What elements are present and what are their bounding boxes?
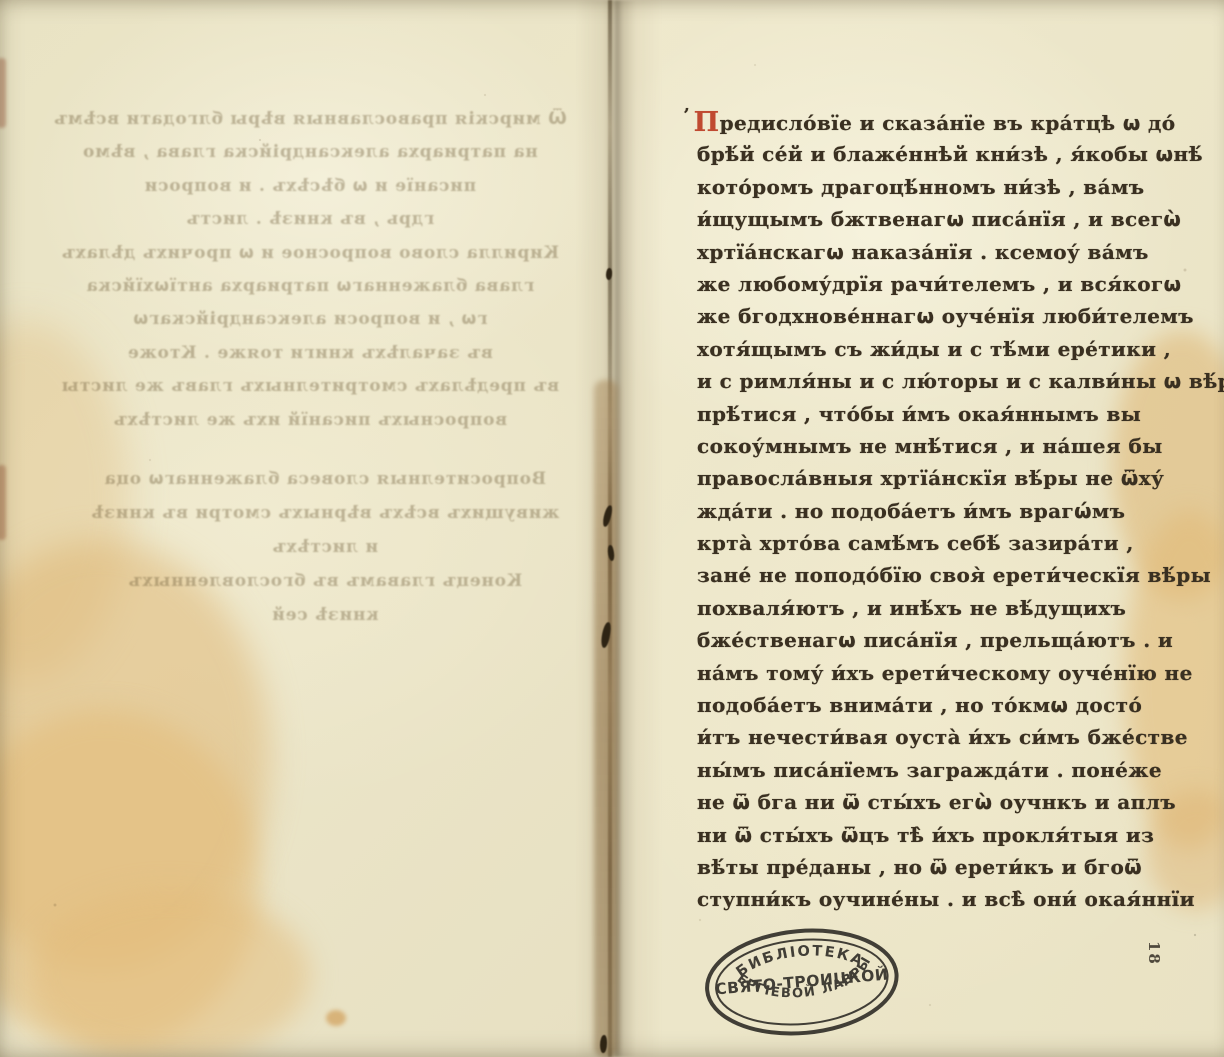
edge-smudge xyxy=(0,58,6,128)
stain xyxy=(326,1010,346,1026)
folio-number: 18 xyxy=(1145,941,1163,981)
ghost-line: Конецъ главамъ въ бгословленныхъ xyxy=(85,564,565,598)
text-line: и́щущымъ бжтвенагѡ писа́нїя , и всегѡ̀ xyxy=(697,203,1149,235)
ghost-line: гѡ , и вопроси александрійскагѡ xyxy=(50,303,570,336)
library-stamp-svg: БИБЛІОТЕКА СВЯТО-ТРОИЦКОЙ СЕРГІЕВОЙ ЛАВР… xyxy=(697,918,906,1047)
initial-flourish: ʼ xyxy=(683,105,690,126)
text-line: сокоу́мнымъ не мнѣ́тися , и на́шея бы xyxy=(697,430,1149,462)
ghost-line: Кирилла слово вопросное и ѡ прочихъ дѣла… xyxy=(50,237,570,270)
text-line: не ѿ бга ни ѿ сты́хъ егѡ̀ оучнкъ и аплъ xyxy=(697,786,1149,818)
torn-leaf-stub xyxy=(594,380,618,1057)
bleed-through-text-block: Вопросителныя словеса блаженнагѡ оца жив… xyxy=(85,462,565,632)
ghost-line: глава блаженнагѡ патриарха антїѡхїйска xyxy=(50,270,570,303)
gutter-shadow xyxy=(576,0,662,1057)
ghost-line: Ѿ мирскія православныя вѣры блгодати всѣ… xyxy=(50,103,570,136)
ghost-line: въ зачалѣхъ книги тояже . Ктоже xyxy=(50,337,570,370)
text-line: хртїа́нскагѡ наказа́нїя . ксемоу́ ва́мъ xyxy=(697,236,1149,268)
text-line: ʼПредисло́вїе и сказа́нїе въ кра́тцѣ ѡ д… xyxy=(697,106,1149,138)
text-line: прѣ́тися , что́бы и́мъ окая́ннымъ вы xyxy=(697,398,1149,430)
ghost-line: на патриарха александрійска глава , вѣмо xyxy=(50,136,570,169)
ghost-line: вопросныхъ писанїй ихъ же листѣхъ xyxy=(50,404,570,437)
text-line: кото́ромъ драгоцѣ́нномъ ни́зѣ , ва́мъ xyxy=(697,171,1149,203)
text-line: бже́ственагѡ писа́нїя , прельща́ютъ . и xyxy=(697,624,1149,656)
text-line: ны́мъ писа́нїемъ загражда́ти . поне́же xyxy=(697,754,1149,786)
text-line: похваля́ютъ , и инѣ́хъ не вѣ́дущихъ xyxy=(697,592,1149,624)
text-line: на́мъ тому́ и́хъ ерети́ческому оуче́нїю … xyxy=(697,657,1149,689)
ghost-line: и листѣхъ xyxy=(85,530,565,564)
edge-smudge xyxy=(0,465,6,540)
text-line: ступни́къ оучине́ны . и всѣ̀ они́ окая́н… xyxy=(697,883,1149,915)
text-line: зане́ не поподо́бїю своя̀ ерети́ческїя в… xyxy=(697,559,1149,591)
text-line: подоба́етъ внима́ти , но то́кмѡ досто́ xyxy=(697,689,1149,721)
ghost-line: въ предѣлахъ смотрителныхъ главъ же лист… xyxy=(50,370,570,403)
text-line: же любому́дрїя рачи́телемъ , и вся́когѡ xyxy=(697,268,1149,300)
text-line: вѣ́ты пре́даны , но ѿ ерети́къ и бгоѿ xyxy=(697,851,1149,883)
rubricated-initial: П xyxy=(694,107,720,138)
text-line: хотя́щымъ съ жи́ды и с тѣ́ми ере́тики , xyxy=(697,333,1149,365)
text-line: жда́ти . но подоба́етъ и́мъ врагѡ́мъ xyxy=(697,495,1149,527)
library-stamp: БИБЛІОТЕКА СВЯТО-ТРОИЦКОЙ СЕРГІЕВОЙ ЛАВР… xyxy=(697,918,906,1051)
bleed-through-text-block: Ѿ мирскія православныя вѣры блгодати всѣ… xyxy=(50,103,570,437)
text-line: и́тъ нечести́вая оуста̀ и́хъ си́мъ бже́с… xyxy=(697,721,1149,753)
text-line: правосла́вныя хртїа́нскїя вѣ́ры не ѿху́ xyxy=(697,462,1149,494)
text-line: крта̀ хрто́ва самѣ́мъ себѣ́ зазира́ти , xyxy=(697,527,1149,559)
book-scan: Ѿ мирскія православныя вѣры блгодати всѣ… xyxy=(0,0,1224,1057)
ghost-line: гдрь , въ книзѣ . листъ xyxy=(50,203,570,236)
ghost-line: живущихъ всѣхъ вѣрныхъ смотри въ книзѣ xyxy=(85,496,565,530)
stain xyxy=(30,890,310,1057)
text-line-rest: редисло́вїе и сказа́нїе въ кра́тцѣ ѡ до́ xyxy=(720,111,1176,135)
text-line: и с римля́ны и с лю́торы и с калви́ны ѡ … xyxy=(697,365,1149,397)
ghost-line: писанїе и ѡ бѣсѣхъ . и вопроси xyxy=(50,170,570,203)
text-line: же бгодхнове́ннагѡ оуче́нїя люби́телемъ xyxy=(697,300,1149,332)
text-line: ни ѿ сты́хъ ѿцъ тѣ̀ и́хъ прокля́тыя из xyxy=(697,819,1149,851)
ghost-line: Вопросителныя словеса блаженнагѡ оца xyxy=(85,462,565,496)
ghost-line: книзѣ сей xyxy=(85,598,565,632)
preface-text-block: ʼПредисло́вїе и сказа́нїе въ кра́тцѣ ѡ д… xyxy=(697,106,1149,916)
text-line: брѣ́й се́й и блаже́ннѣй кни́зѣ , я́кобы … xyxy=(697,138,1149,170)
